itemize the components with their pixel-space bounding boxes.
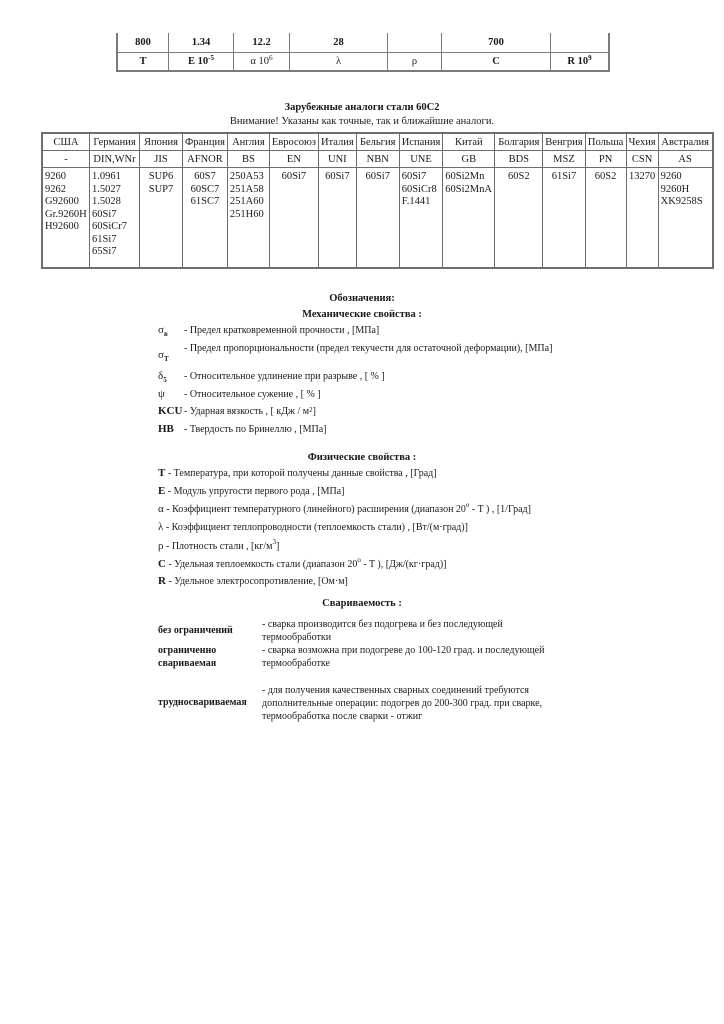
cell-c: 700: [442, 33, 551, 53]
description-2: - Относительное удлинение при разрыве , …: [184, 371, 544, 384]
weld-term: ограниченно свариваемая: [158, 645, 228, 670]
symbol: T: [158, 467, 165, 479]
grade-cell: 61Si7: [543, 168, 585, 269]
grade-cell: 13270: [626, 168, 658, 269]
description-0: - Предел кратковременной прочности , [МП…: [184, 325, 544, 338]
country-header: Болгария: [495, 133, 543, 151]
grade-cell: 92609260HXK9258S: [658, 168, 713, 269]
superscript: o: [466, 501, 470, 509]
countries-row: СШАГерманияЯпонияФранцияАнглияЕвросоюзИт…: [42, 133, 713, 151]
exponent: 9: [588, 54, 592, 62]
description-5: - Твердость по Бринеллю , [МПа]: [184, 424, 544, 437]
legend-title: Обозначения:: [0, 293, 724, 304]
symbol-1: σT: [158, 349, 169, 363]
standard-cell: AS: [658, 151, 713, 168]
symbol-2: δ5: [158, 370, 167, 384]
standard-cell: UNI: [318, 151, 356, 168]
cell-r: [551, 33, 610, 53]
header-cell: λ: [290, 53, 388, 72]
header-cell: T: [117, 53, 169, 72]
country-header: Италия: [318, 133, 356, 151]
symbol: α: [158, 503, 164, 515]
weld-title: Свариваемость :: [0, 598, 724, 609]
standards-row: -DIN,WNrJISAFNORBSENUNINBNUNEGBBDSMSZPNC…: [42, 151, 713, 168]
symbol-5: HB: [158, 423, 174, 435]
description-3: - Относительное сужение , [ % ]: [184, 389, 544, 402]
cell-t: 800: [117, 33, 169, 53]
header-row: TE 10-5α 106λρCR 109: [117, 53, 609, 72]
subscript: в: [164, 330, 168, 338]
country-header: Евросоюз: [269, 133, 318, 151]
standard-cell: MSZ: [543, 151, 585, 168]
grade-cell: 60Si7: [356, 168, 399, 269]
header-cell: R 109: [551, 53, 610, 72]
phys-legend-line: α - Коэффициент температурного (линейног…: [158, 503, 531, 515]
values-row: 800 1.34 12.2 28 700: [117, 33, 609, 53]
mech-title: Механические свойства :: [0, 309, 724, 320]
phys-legend-line: R - Удельное электросопротивление, [Ом·м…: [158, 575, 348, 587]
phys-legend-line: C - Удельная теплоемкость стали (диапазо…: [158, 558, 447, 570]
standard-cell: DIN,WNr: [90, 151, 140, 168]
grade-cell: 60Si7: [269, 168, 318, 269]
weld-description: - для получения качественных сварных сое…: [262, 684, 562, 723]
superscript: 2: [309, 406, 313, 414]
superscript: o: [357, 556, 361, 564]
phys-legend-line: λ - Коэффициент теплопроводности (теплое…: [158, 521, 468, 533]
grade-cell: 60Si760SiCr8F.1441: [399, 168, 443, 269]
standard-cell: GB: [443, 151, 495, 168]
country-header: Франция: [183, 133, 228, 151]
standard-cell: UNE: [399, 151, 443, 168]
phys-title: Физические свойства :: [0, 452, 724, 463]
subscript: T: [164, 355, 169, 363]
weld-term: трудносвариваемая: [158, 697, 258, 710]
country-header: Англия: [227, 133, 269, 151]
foreign-analogs-table: СШАГерманияЯпонияФранцияАнглияЕвросоюзИт…: [41, 132, 714, 269]
header-cell: E 10-5: [169, 53, 234, 72]
standard-cell: NBN: [356, 151, 399, 168]
exponent: 6: [269, 54, 273, 62]
standard-cell: BDS: [495, 151, 543, 168]
grade-cell: SUP6SUP7: [140, 168, 183, 269]
standard-cell: BS: [227, 151, 269, 168]
header-cell: ρ: [388, 53, 442, 72]
country-header: Венгрия: [543, 133, 585, 151]
symbol: ρ: [158, 540, 164, 552]
standard-cell: CSN: [626, 151, 658, 168]
analogs-title: Зарубежные аналоги стали 60С2: [0, 102, 724, 113]
analogs-note: Внимание! Указаны как точные, так и ближ…: [0, 116, 724, 127]
grade-cell: 60S760SC761SC7: [183, 168, 228, 269]
phys-legend-line: ρ - Плотность стали , [кг/м3]: [158, 540, 279, 552]
grade-cell: 92609262G92600Gr.9260HH92600: [42, 168, 90, 269]
header-cell: C: [442, 53, 551, 72]
country-header: Испания: [399, 133, 443, 151]
symbol: E: [158, 485, 165, 497]
grade-cell: 60Si7: [318, 168, 356, 269]
country-header: Бельгия: [356, 133, 399, 151]
grades-row: 92609262G92600Gr.9260HH926001.09611.5027…: [42, 168, 713, 269]
phys-legend-line: T - Температура, при которой получены да…: [158, 467, 437, 479]
weld-description: - сварка производится без подогрева и бе…: [262, 618, 562, 644]
standard-cell: EN: [269, 151, 318, 168]
country-header: Япония: [140, 133, 183, 151]
standard-cell: JIS: [140, 151, 183, 168]
country-header: Польша: [585, 133, 626, 151]
country-header: Китай: [443, 133, 495, 151]
standard-cell: PN: [585, 151, 626, 168]
cell-alpha: 12.2: [234, 33, 290, 53]
grade-cell: 60S2: [585, 168, 626, 269]
header-cell: α 106: [234, 53, 290, 72]
description-1: - Предел пропорциональности (предел теку…: [184, 343, 564, 356]
cell-lambda: 28: [290, 33, 388, 53]
grade-cell: 60S2: [495, 168, 543, 269]
grade-cell: 60Si2Mn60Si2MnA: [443, 168, 495, 269]
grade-cell: 250A53251A58251A60251H60: [227, 168, 269, 269]
cell-e: 1.34: [169, 33, 234, 53]
standard-cell: AFNOR: [183, 151, 228, 168]
symbol: C: [158, 558, 166, 570]
symbol: λ: [158, 521, 163, 533]
country-header: Германия: [90, 133, 140, 151]
exponent: -5: [208, 54, 214, 62]
standard-cell: -: [42, 151, 90, 168]
symbol-0: σв: [158, 324, 168, 338]
weld-description: - сварка возможна при подогреве до 100-1…: [262, 644, 562, 670]
subscript: 5: [163, 376, 167, 384]
description-4: - Ударная вязкость , [ кДж / м2]: [184, 406, 544, 419]
symbol-4: KCU: [158, 405, 182, 417]
symbol-3: ψ: [158, 388, 165, 400]
phys-legend-line: E - Модуль упругости первого рода , [МПа…: [158, 485, 344, 497]
country-header: Австралия: [658, 133, 713, 151]
country-header: Чехия: [626, 133, 658, 151]
superscript: 3: [272, 538, 276, 546]
weld-term: без ограничений: [158, 625, 258, 638]
country-header: США: [42, 133, 90, 151]
grade-cell: 1.09611.50271.502860Si760SiCr761Si765Si7: [90, 168, 140, 269]
symbol: R: [158, 575, 166, 587]
cell-rho: [388, 33, 442, 53]
physical-properties-table: 800 1.34 12.2 28 700 TE 10-5α 106λρCR 10…: [116, 33, 610, 72]
